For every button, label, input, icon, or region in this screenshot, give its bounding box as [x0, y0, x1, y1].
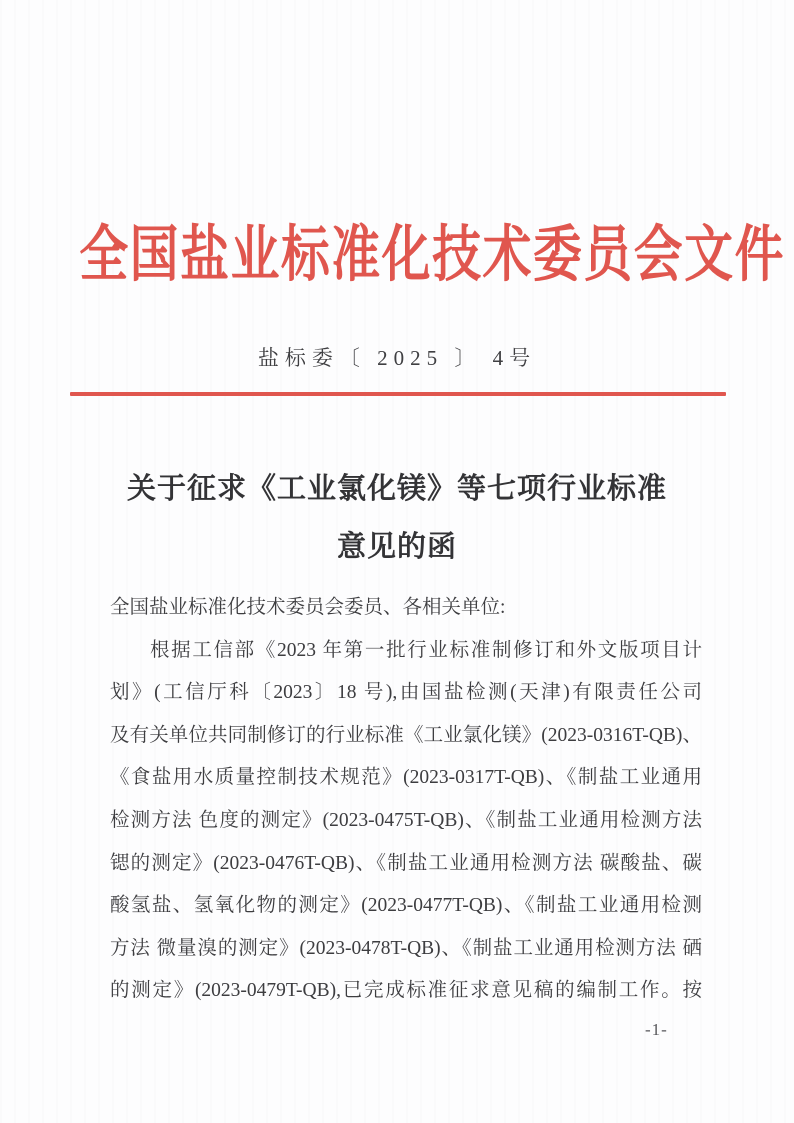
body-line-5: 检测方法 色度的测定》(2023-0475T-QB)、《制盐工业通用检测方法: [110, 800, 702, 843]
letter-title-line-1: 关于征求《工业氯化镁》等七项行业标准: [0, 466, 794, 507]
letter-title-line-2: 意见的函: [0, 524, 794, 565]
red-divider-line: [70, 392, 726, 396]
letter-body: 全国盐业标准化技术委员会委员、各相关单位: 根据工信部《2023 年第一批行业标…: [110, 587, 702, 1013]
document-header-title: 全国盐业标准化技术委员会文件: [79, 218, 714, 294]
body-line-6: 锶的测定》(2023-0476T-QB)、《制盐工业通用检测方法 碳酸盐、碳: [110, 843, 702, 886]
document-number: 盐标委〔 2025 〕 4号: [0, 342, 794, 372]
body-line-8: 方法 微量溴的测定》(2023-0478T-QB)、《制盐工业通用检测方法 硒: [110, 928, 702, 971]
body-line-3: 及有关单位共同制修订的行业标准《工业氯化镁》(2023-0316T-QB)、: [110, 715, 702, 758]
body-line-1: 根据工信部《2023 年第一批行业标准制修订和外文版项目计: [110, 630, 702, 673]
document-page: 全国盐业标准化技术委员会文件 盐标委〔 2025 〕 4号 关于征求《工业氯化镁…: [0, 0, 794, 1123]
body-line-4: 《食盐用水质量控制技术规范》(2023-0317T-QB)、《制盐工业通用: [110, 757, 702, 800]
body-line-9: 的测定》(2023-0479T-QB),已完成标准征求意见稿的编制工作。按: [110, 970, 702, 1013]
body-line-2: 划》(工信厅科〔2023〕18 号),由国盐检测(天津)有限责任公司: [110, 672, 702, 715]
page-number: -1-: [645, 1020, 668, 1040]
salutation-line: 全国盐业标准化技术委员会委员、各相关单位:: [110, 587, 702, 630]
body-line-7: 酸氢盐、氢氧化物的测定》(2023-0477T-QB)、《制盐工业通用检测: [110, 885, 702, 928]
